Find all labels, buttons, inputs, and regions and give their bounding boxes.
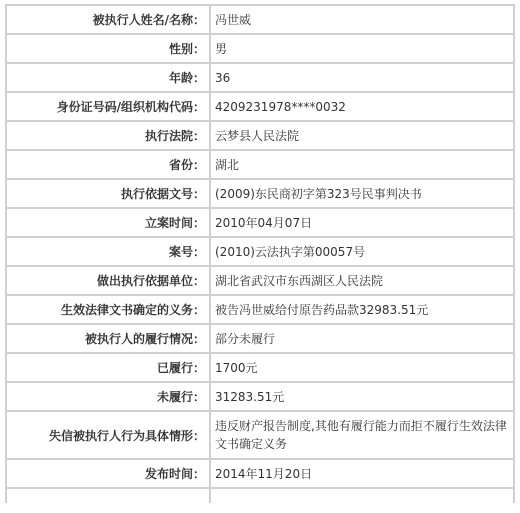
- field-value: 31283.51元: [210, 382, 514, 411]
- field-label: 立案时间：: [6, 208, 210, 237]
- table-row: 性别：男: [6, 34, 514, 63]
- table-row: 案号：(2010)云法执字第00057号: [6, 237, 514, 266]
- field-value: 36: [210, 63, 514, 92]
- field-label: 被执行人姓名/名称：: [6, 5, 210, 34]
- field-value: 2014年11月20日: [210, 459, 514, 488]
- field-value: 被告冯世威给付原告药品款32983.51元: [210, 295, 514, 324]
- field-value: 违反财产报告制度,其他有履行能力而拒不履行生效法律文书确定义务: [210, 411, 514, 459]
- field-label: 失信被执行人行为具体情形：: [6, 411, 210, 459]
- table-row: 生效法律文书确定的义务：被告冯世威给付原告药品款32983.51元: [6, 295, 514, 324]
- field-value: 2010年04月07日: [210, 208, 514, 237]
- field-label: 年龄：: [6, 63, 210, 92]
- field-label: 身份证号码/组织机构代码：: [6, 92, 210, 121]
- field-label: 已履行：: [6, 353, 210, 382]
- table-row: 省份：湖北: [6, 150, 514, 179]
- table-row: 失信被执行人行为具体情形：违反财产报告制度,其他有履行能力而拒不履行生效法律文书…: [6, 411, 514, 459]
- field-value: 4209231978****0032: [210, 92, 514, 121]
- field-value: 冯世威: [210, 5, 514, 34]
- table-row: 未履行：31283.51元: [6, 382, 514, 411]
- table-row: 被执行人的履行情况：部分未履行: [6, 324, 514, 353]
- field-label: 未履行：: [6, 382, 210, 411]
- field-label: 案号：: [6, 237, 210, 266]
- field-value: 湖北省武汉市东西湖区人民法院: [210, 266, 514, 295]
- field-label: 省份：: [6, 150, 210, 179]
- table-row: 已履行：1700元: [6, 353, 514, 382]
- table-row: 年龄：36: [6, 63, 514, 92]
- field-value: 1700元: [210, 353, 514, 382]
- table-row: 发布时间：2014年11月20日: [6, 459, 514, 488]
- field-label: 发布时间：: [6, 459, 210, 488]
- field-label: 执行依据文号：: [6, 179, 210, 208]
- table-row: 做出执行依据单位：湖北省武汉市东西湖区人民法院: [6, 266, 514, 295]
- field-label: 性别：: [6, 34, 210, 63]
- field-value: 部分未履行: [210, 324, 514, 353]
- field-value: 云梦县人民法院: [210, 121, 514, 150]
- table-row-partial: [6, 488, 514, 503]
- table-row: 被执行人姓名/名称：冯世威: [6, 5, 514, 34]
- field-value: 湖北: [210, 150, 514, 179]
- table-row: 立案时间：2010年04月07日: [6, 208, 514, 237]
- field-label: 生效法律文书确定的义务：: [6, 295, 210, 324]
- field-value: (2010)云法执字第00057号: [210, 237, 514, 266]
- field-label: 执行法院：: [6, 121, 210, 150]
- field-value-empty: [210, 488, 514, 503]
- table-row: 执行依据文号：(2009)东民商初字第323号民事判决书: [6, 179, 514, 208]
- field-label: 做出执行依据单位：: [6, 266, 210, 295]
- table-row: 执行法院：云梦县人民法院: [6, 121, 514, 150]
- field-value: (2009)东民商初字第323号民事判决书: [210, 179, 514, 208]
- field-label: 被执行人的履行情况：: [6, 324, 210, 353]
- field-label-empty: [6, 488, 210, 503]
- table-row: 身份证号码/组织机构代码：4209231978****0032: [6, 92, 514, 121]
- field-value: 男: [210, 34, 514, 63]
- dishonest-debtor-info-table: 被执行人姓名/名称：冯世威 性别：男 年龄：36 身份证号码/组织机构代码：42…: [5, 4, 515, 503]
